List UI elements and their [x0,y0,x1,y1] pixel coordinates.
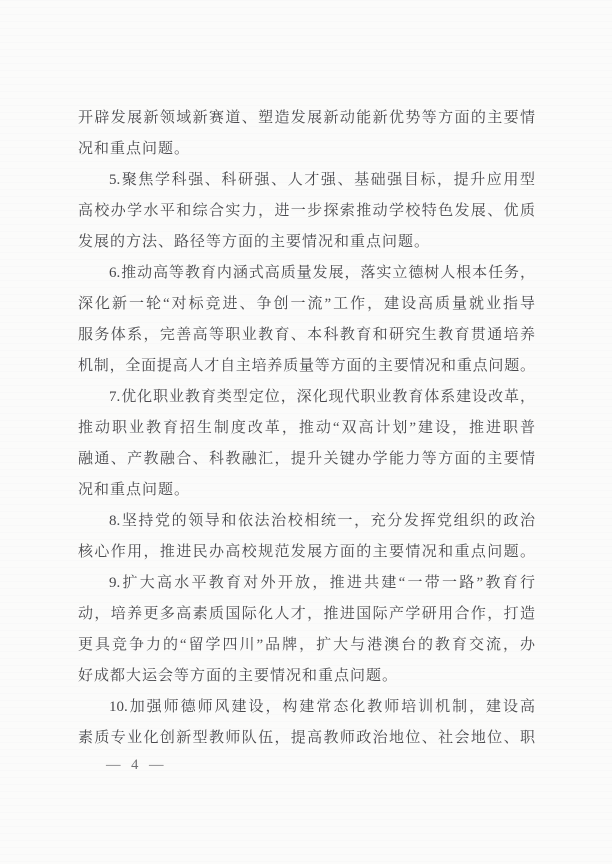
paragraph: 5.聚焦学科强、科研强、人才强、基础强目标，提升应用型高校办学水平和综合实力，进… [78,165,535,258]
paragraph: 9.扩大高水平教育对外开放，推进共建“一带一路”教育行动，培养更多高素质国际化人… [78,568,535,692]
text-line: 发展的方法、路径等方面的主要情况和重点问题。 [78,227,535,258]
document-page: 开辟发展新领域新赛道、塑造发展新动能新优势等方面的主要情况和重点问题。5.聚焦学… [0,0,612,864]
text-line: 机制，全面提高人才自主培养质量等方面的主要情况和重点问题。 [78,351,535,382]
text-line: 融通、产教融合、科教融汇，提升关键办学能力等方面的主要情 [78,444,535,475]
document-body: 开辟发展新领域新赛道、塑造发展新动能新优势等方面的主要情况和重点问题。5.聚焦学… [78,103,535,754]
text-line: 况和重点问题。 [78,134,535,165]
text-line: 10.加强师德师风建设，构建常态化教师培训机制，建设高 [78,692,535,723]
text-line: 服务体系，完善高等职业教育、本科教育和研究生教育贯通培养 [78,320,535,351]
paragraph: 开辟发展新领域新赛道、塑造发展新动能新优势等方面的主要情况和重点问题。 [78,103,535,165]
text-line: 8.坚持党的领导和依法治校相统一，充分发挥党组织的政治 [78,506,535,537]
text-line: 好成都大运会等方面的主要情况和重点问题。 [78,661,535,692]
text-line: 深化新一轮“对标竞进、争创一流”工作，建设高质量就业指导 [78,289,535,320]
text-line: 素质专业化创新型教师队伍，提高教师政治地位、社会地位、职 [78,723,535,754]
text-line: 9.扩大高水平教育对外开放，推进共建“一带一路”教育行 [78,568,535,599]
text-line: 况和重点问题。 [78,475,535,506]
page-number: — 4 — [106,757,166,774]
text-line: 5.聚焦学科强、科研强、人才强、基础强目标，提升应用型 [78,165,535,196]
paragraph: 10.加强师德师风建设，构建常态化教师培训机制，建设高素质专业化创新型教师队伍，… [78,692,535,754]
text-line: 更具竞争力的“留学四川”品牌，扩大与港澳台的教育交流，办 [78,630,535,661]
text-line: 高校办学水平和综合实力，进一步探索推动学校特色发展、优质 [78,196,535,227]
paragraph: 7.优化职业教育类型定位，深化现代职业教育体系建设改革，推动职业教育招生制度改革… [78,382,535,506]
page-number-text: — 4 — [106,757,166,773]
text-line: 核心作用，推进民办高校规范发展方面的主要情况和重点问题。 [78,537,535,568]
text-line: 动，培养更多高素质国际化人才，推进国际产学研用合作，打造 [78,599,535,630]
text-line: 推动职业教育招生制度改革，推动“双高计划”建设，推进职普 [78,413,535,444]
text-line: 开辟发展新领域新赛道、塑造发展新动能新优势等方面的主要情 [78,103,535,134]
text-line: 7.优化职业教育类型定位，深化现代职业教育体系建设改革， [78,382,535,413]
paragraph: 6.推动高等教育内涵式高质量发展，落实立德树人根本任务，深化新一轮“对标竞进、争… [78,258,535,382]
text-line: 6.推动高等教育内涵式高质量发展，落实立德树人根本任务， [78,258,535,289]
paragraph: 8.坚持党的领导和依法治校相统一，充分发挥党组织的政治核心作用，推进民办高校规范… [78,506,535,568]
